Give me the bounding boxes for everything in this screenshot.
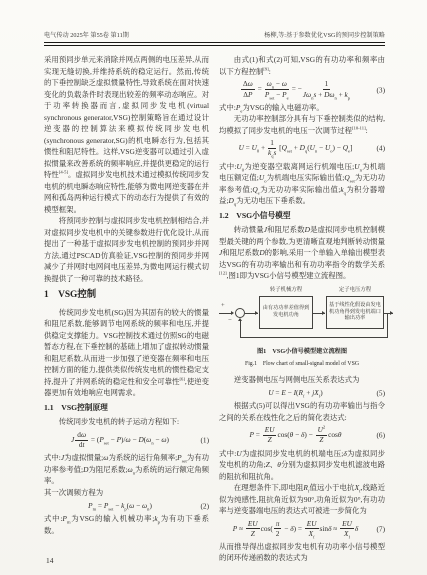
rotor-to-stator-arrowhead-icon — [322, 311, 325, 315]
feedback-arrowhead-icon — [238, 318, 242, 321]
equation-5: U = E − I(Rf + jXf) (5) — [219, 388, 385, 397]
summing-junction — [235, 308, 245, 318]
equation-2-note: 式中:Pm为VSG的输入机械功率;kp为有功下垂系数。 — [44, 513, 209, 536]
feedback-line-bottom — [240, 337, 388, 338]
right-column: 由式(1)和式(2)可知,VSG的有功功率和频率由以下方程控制[9]: ΔωΔP… — [219, 54, 385, 563]
feedback-line-right — [387, 314, 388, 337]
plus-sign: + — [221, 303, 225, 310]
figure-1-caption: 图1 VSG小信号模型建立流程图 Fig.1 Flow chart of sma… — [219, 346, 385, 371]
figure-1-caption-en: Fig.1 Flow chart of small-signal model o… — [219, 359, 385, 371]
running-title: 杨柳,等:基于参数优化VSG的预同步控制策略 — [264, 30, 385, 39]
equation-5-formula: U = E − I(Rf + jXf) — [268, 388, 322, 397]
paragraph-presync: 将预同步控制与虚拟同步发电机控制相结合,并对虚拟同步发电机中的关键参数进行优化设… — [44, 215, 209, 284]
stator-equation-label: 定子电压方程 — [320, 288, 390, 293]
equation-3-formula: ΔωΔP = ωn − ωPset − Pe = −1Jωns + Dωn + … — [240, 80, 351, 98]
equation-1-note: 式中:J为虚拟惯量;ω为系统的运行角频率;Pset为有功功率参考值;D为阻尼系数… — [44, 452, 209, 487]
equation-6-number: (6) — [376, 431, 385, 440]
equation-7-formula: P ≈ EUZcos(π2 − δ) = EUXfsinδ ≈ EUXfδ — [233, 520, 359, 538]
left-column: 采用预同步单元来消除并网点两侧的电压差异,从而实现无缝切换,并维持系统的稳定运行… — [44, 54, 209, 563]
figure-1: 转子机械方程 定子电压方程 + − 由有功功率差值得到发电机功角 基于线性化假设… — [219, 286, 385, 371]
equation-2-formula: Pm = Pset − kp(ω − ωn) — [88, 501, 152, 510]
equation-3-note: 式中:Pe为VSG的输入电磁功率。 — [219, 102, 385, 114]
equation-6-note: 式中:U为虚拟同步发电机的机端电压;δ为虚拟同步发电机的功角;Z、θ分别为虚拟同… — [219, 448, 385, 483]
paragraph-small-signal: 转动惯量J和阻尼系数D是虚拟同步电机控制模型最关键的两个参数,为更清晰直观地判断… — [219, 224, 385, 282]
journal-issue-info: 电气传动 2025年 第55卷 第11期 — [44, 30, 129, 39]
output-arrowhead-icon — [390, 311, 393, 315]
page-number: 14 — [46, 556, 53, 565]
minus-sign: − — [228, 318, 232, 325]
equation-4: U = U0 + 1kqs [Qset + Dq(Un − Uo) − Qe] … — [219, 139, 385, 157]
equation-1: Jdωdt = (Pset − P)/ω − D(ωn − ω) (1) — [44, 431, 209, 449]
equation-4-number: (4) — [376, 144, 385, 153]
section-heading-1: 1 VSG控制 — [44, 290, 209, 302]
paragraph-rotor-lead: 传统同步发电机的转子运动方程如下: — [44, 416, 209, 428]
feedback-line-left — [240, 321, 241, 337]
paragraph-closedloop: 从而推导得出虚拟同步发电机有功功率小信号模型的闭环传递函数的表达式为 — [219, 541, 385, 564]
paragraph-ideal: 在理想条件下,即电阻Rf值远小于电抗Xf,线路近似为纯感性,阻抗角近似为90°,… — [219, 482, 385, 517]
stator-box: 基于线性化假设由发电机功角得到发电机端口输出功率 — [326, 296, 384, 329]
paragraph-sg-principle: 传统同步发电机(SG)因为其固有的较大的惯量和阻尼系数,能够调节电网系统的频率和… — [44, 307, 209, 399]
paragraph-reactive: 无功功率控制部分具有与下垂控制类似的结构,均模拟了同步发电机的电压一次调节过程[… — [219, 113, 385, 136]
equation-4-formula: U = U0 + 1kqs [Qset + Dq(Un − Uo) − Qe] — [239, 139, 353, 157]
equation-1-number: (1) — [200, 436, 209, 445]
paragraph-eq6-lead: 根据式(5)可以得出VSG的有功功率输出与指令之间的关系在线性化之后的简化表达式… — [219, 400, 385, 423]
sum-to-rotor-arrowhead-icon — [255, 311, 258, 315]
paragraph-eq5-lead: 逆变器侧电压与网侧电压关系表达式为 — [219, 374, 385, 386]
rotor-box: 由有功功率差值得到发电机功角 — [259, 296, 313, 329]
equation-3-number: (3) — [376, 85, 385, 94]
paragraph-freq-lead: 其一次调频方程为 — [44, 487, 209, 499]
equation-5-number: (5) — [376, 388, 385, 397]
figure-1-caption-zh: 图1 VSG小信号模型建立流程图 — [219, 346, 385, 358]
subsection-heading-1-1: 1.1 VSG控制原理 — [44, 402, 209, 414]
subsection-heading-1-2: 1.2 VSG小信号模型 — [219, 210, 385, 222]
journal-page: 电气传动 2025年 第55卷 第11期 杨柳,等:基于参数优化VSG的预同步控… — [0, 0, 427, 575]
equation-7: P ≈ EUZcos(π2 − δ) = EUXfsinδ ≈ EUXfδ (7… — [219, 520, 385, 538]
equation-4-note: 式中:U0为逆变器空载离网运行机端电压;Un为机端电压额定值;Uo为机端电压实际… — [219, 161, 385, 207]
equation-2: Pm = Pset − kp(ω − ωn) (2) — [44, 501, 209, 510]
figure-1-diagram: 转子机械方程 定子电压方程 + − 由有功功率差值得到发电机功角 基于线性化假设… — [219, 286, 393, 343]
equation-2-number: (2) — [200, 501, 209, 510]
two-column-body: 采用预同步单元来消除并网点两侧的电压差异,从而实现无缝切换,并维持系统的稳定运行… — [44, 54, 385, 563]
paragraph-eq3-lead: 由式(1)和式(2)可知,VSG的有功功率和频率由以下方程控制[9]: — [219, 54, 385, 77]
rotor-equation-label: 转子机械方程 — [253, 288, 319, 293]
page-header: 电气传动 2025年 第55卷 第11期 杨柳,等:基于参数优化VSG的预同步控… — [44, 30, 385, 39]
input-arrowhead-icon — [231, 311, 234, 315]
equation-1-formula: Jdωdt = (Pset − P)/ω − D(ωn − ω) — [71, 431, 169, 449]
equation-6-formula: P = EUZcos(θ − δ) − U2Zcosθ — [250, 426, 342, 444]
equation-6: P = EUZcos(θ − δ) − U2Zcosθ (6) — [219, 426, 385, 444]
header-rule — [44, 42, 385, 46]
equation-7-number: (7) — [376, 524, 385, 533]
equation-3: ΔωΔP = ωn − ωPset − Pe = −1Jωns + Dωn + … — [219, 80, 385, 98]
paragraph-intro: 采用预同步单元来消除并网点两侧的电压差异,从而实现无缝切换,并维持系统的稳定运行… — [44, 54, 209, 215]
